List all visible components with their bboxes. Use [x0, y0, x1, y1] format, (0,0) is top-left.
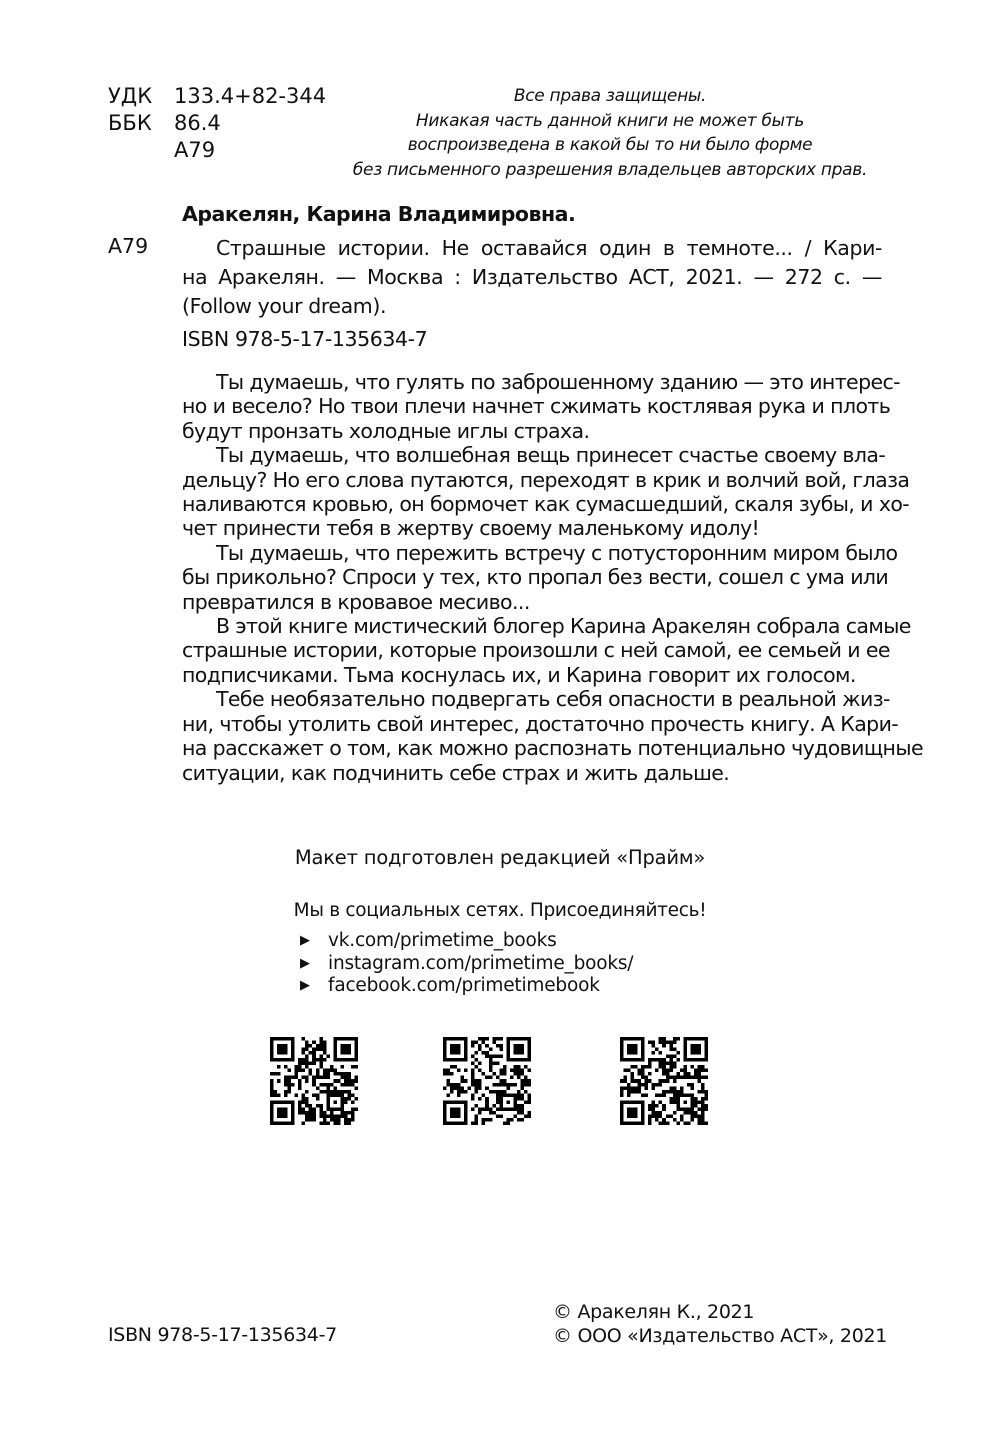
instagram-qr-code-icon[interactable]: [443, 1037, 531, 1125]
catalog-line: (Follow your dream).: [182, 292, 882, 321]
link-text: vk.com/primetime_books: [328, 930, 557, 953]
annotation-line: Ты думаешь, что гулять по заброшенному з…: [182, 370, 882, 394]
annotation-line: страшные истории, которые произошли с не…: [182, 638, 882, 662]
vk-link[interactable]: ▶ vk.com/primetime_books: [300, 930, 633, 953]
prepared-by: Макет подготовлен редакцией «Прайм»: [0, 846, 1000, 869]
annotation-line: ни, чтобы утолить свой интерес, достаточ…: [182, 712, 882, 736]
social-links: ▶ vk.com/primetime_books ▶ instagram.com…: [300, 930, 633, 998]
annotation-line: наливаются кровью, он бормочет как сумас…: [182, 492, 882, 516]
annotation-line: Тебе необязательно подвергать себя опасн…: [182, 687, 882, 711]
annotation-paragraph: Тебе необязательно подвергать себя опасн…: [182, 687, 882, 785]
annotation-line: Ты думаешь, что пережить встречу с потус…: [182, 541, 882, 565]
bbk-row: ББК 86.4: [108, 110, 326, 137]
rights-notice: Все права защищены. Никакая часть данной…: [340, 84, 880, 182]
code-value: А79: [174, 137, 215, 164]
triangle-bullet-icon: ▶: [300, 930, 328, 953]
annotation-line: но и весело? Но твои плечи начнет сжимат…: [182, 394, 882, 418]
annotation-line: подписчиками. Тьма коснулась их, и Карин…: [182, 663, 882, 687]
copyright-line: © ООО «Издательство АСТ», 2021: [553, 1324, 887, 1348]
code-value: 86.4: [174, 110, 221, 137]
author-mark-row: А79: [108, 137, 326, 164]
copyright-line: © Аракелян К., 2021: [553, 1300, 887, 1324]
annotation-line: дельцу? Но его слова путаются, переходят…: [182, 468, 882, 492]
catalog-author: Аракелян, Карина Владимировна.: [182, 202, 575, 226]
catalog-description: Страшные истории. Не оставайся один в те…: [182, 234, 882, 321]
annotation: Ты думаешь, что гулять по заброшенному з…: [182, 370, 882, 785]
udk-row: УДК 133.4+82-344: [108, 83, 326, 110]
annotation-paragraph: Ты думаешь, что гулять по заброшенному з…: [182, 370, 882, 443]
social-title: Мы в социальных сетях. Присоединяйтесь!: [0, 900, 1000, 921]
rights-line: воспроизведена в какой бы то ни было фор…: [340, 133, 880, 158]
code-label: [108, 137, 174, 164]
catalog-line: Страшные истории. Не оставайся один в те…: [182, 234, 882, 263]
annotation-line: на расскажет о том, как можно распознать…: [182, 736, 882, 760]
annotation-line: превратился в кровавое месиво...: [182, 590, 882, 614]
rights-line: без письменного разрешения владельцев ав…: [340, 158, 880, 183]
triangle-bullet-icon: ▶: [300, 953, 328, 976]
annotation-line: чет принести тебя в жертву своему малень…: [182, 516, 882, 540]
code-label: ББК: [108, 110, 174, 137]
vk-qr-code-icon[interactable]: [270, 1037, 358, 1125]
annotation-paragraph: В этой книге мистический блогер Карина А…: [182, 614, 882, 687]
catalog-author-mark: А79: [108, 234, 148, 258]
link-text: instagram.com/primetime_books/: [328, 953, 633, 976]
triangle-bullet-icon: ▶: [300, 975, 328, 998]
annotation-paragraph: Ты думаешь, что пережить встречу с потус…: [182, 541, 882, 614]
code-label: УДК: [108, 83, 174, 110]
rights-line: Никакая часть данной книги не может быть: [340, 109, 880, 134]
facebook-link[interactable]: ▶ facebook.com/primetimebook: [300, 975, 633, 998]
catalog-line: на Аракелян. — Москва : Издательство АСТ…: [182, 263, 882, 292]
annotation-paragraph: Ты думаешь, что волшебная вещь принесет …: [182, 443, 882, 541]
rights-line: Все права защищены.: [340, 84, 880, 109]
footer-isbn: ISBN 978-5-17-135634-7: [108, 1324, 337, 1346]
annotation-line: ситуации, как подчинить себе страх и жит…: [182, 761, 882, 785]
annotation-line: Ты думаешь, что волшебная вещь принесет …: [182, 443, 882, 467]
catalog-isbn: ISBN 978-5-17-135634-7: [182, 327, 427, 351]
annotation-line: бы прикольно? Спроси у тех, кто пропал б…: [182, 565, 882, 589]
code-value: 133.4+82-344: [174, 83, 326, 110]
facebook-qr-code-icon[interactable]: [620, 1037, 708, 1125]
annotation-line: В этой книге мистический блогер Карина А…: [182, 614, 882, 638]
copyright-block: © Аракелян К., 2021 © ООО «Издательство …: [553, 1300, 887, 1348]
classification-codes: УДК 133.4+82-344 ББК 86.4 А79: [108, 83, 326, 164]
instagram-link[interactable]: ▶ instagram.com/primetime_books/: [300, 953, 633, 976]
annotation-line: будут пронзать холодные иглы страха.: [182, 419, 882, 443]
link-text: facebook.com/primetimebook: [328, 975, 600, 998]
